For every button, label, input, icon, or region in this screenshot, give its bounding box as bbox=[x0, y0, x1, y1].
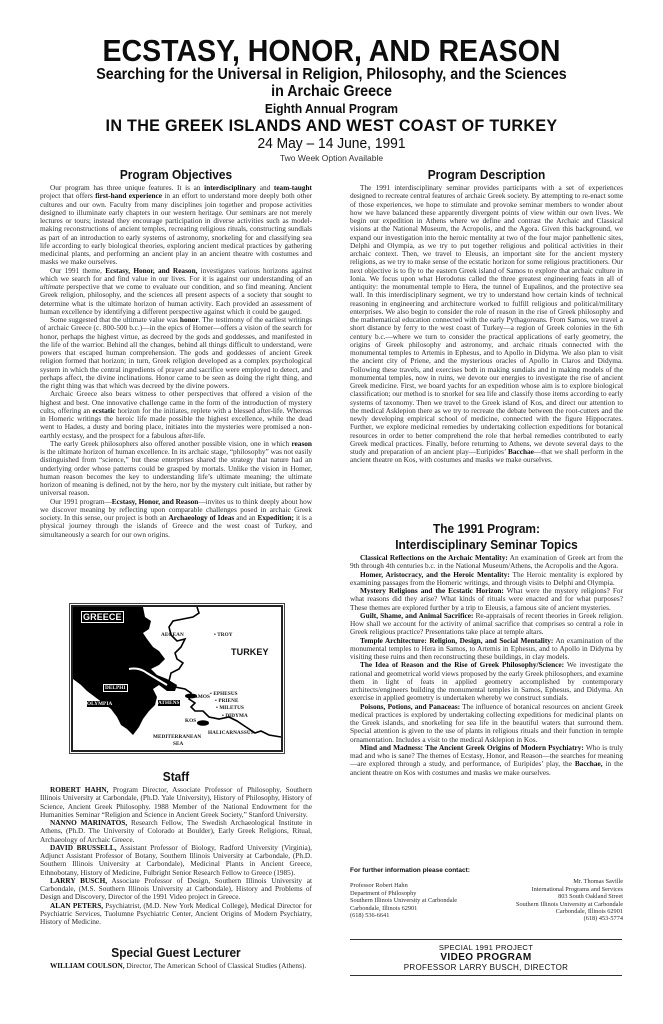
objectives-paragraph: Some suggested that the ultimate value w… bbox=[40, 316, 312, 390]
contact-line: International Programs and Services bbox=[516, 886, 623, 893]
map-label-ephesus: • EPHESUS bbox=[210, 691, 238, 697]
guest-lecturer: WILLIAM COULSON, Director, The American … bbox=[40, 962, 312, 970]
page-subtitle-line1: Searching for the Universal in Religion,… bbox=[27, 66, 637, 83]
map-label-mediterranean: MEDITERRANEAN bbox=[153, 734, 201, 740]
seminar-topic: Mind and Madness: The Ancient Greek Orig… bbox=[350, 744, 623, 777]
section-title-description: Program Description bbox=[357, 168, 616, 182]
objectives-paragraph: The early Greek philosophers also offere… bbox=[40, 440, 312, 498]
staff-member: DAVID BRUSSELL, Assistant Professor of B… bbox=[40, 844, 312, 877]
contact-section: For further information please contact: … bbox=[350, 867, 623, 923]
map-graphic bbox=[73, 607, 281, 750]
staff-section: Staff ROBERT HAHN, Program Director, Ass… bbox=[40, 770, 312, 926]
description-paragraph: The 1991 interdisciplinary seminar provi… bbox=[350, 184, 623, 465]
contact-heading: For further information please contact: bbox=[350, 867, 623, 874]
staff-member: ALAN PETERS, Psychiatrist, (M.D. New Yor… bbox=[40, 902, 312, 927]
objectives-paragraph: Our 1991 theme, Ecstasy, Honor, and Reas… bbox=[40, 267, 312, 317]
staff-member: NANNO MARINATOS, Research Fellow, The Sw… bbox=[40, 819, 312, 844]
contact-phone: (618) 536-6641 bbox=[350, 912, 457, 919]
guest-name: WILLIAM COULSON, bbox=[50, 961, 125, 970]
seminar-topic: Temple Architecture: Religion, Design, a… bbox=[350, 637, 623, 662]
seminar-topics-section: The 1991 Program: Interdisciplinary Semi… bbox=[350, 522, 623, 777]
guest-lecturer-section: Special Guest Lecturer WILLIAM COULSON, … bbox=[40, 946, 312, 970]
contact-line: Southern Illinois University at Carbonda… bbox=[350, 897, 457, 904]
section-title-seminar-line1: The 1991 Program: bbox=[357, 522, 616, 536]
map-label-greece: GREECE bbox=[81, 611, 124, 623]
video-program-director: PROFESSOR LARRY BUSCH, DIRECTOR bbox=[350, 963, 622, 973]
seminar-topic: The Idea of Reason and the Rise of Greek… bbox=[350, 661, 623, 702]
seminar-topic: Classical Reflections on the Archaic Men… bbox=[350, 554, 623, 571]
objectives-paragraph: Archaic Greece also bears witness to oth… bbox=[40, 390, 312, 440]
contact-phone: (618) 453-5774 bbox=[516, 915, 623, 922]
contact-saville: Mr. Thomas Saville International Program… bbox=[516, 878, 623, 922]
page-subtitle-line2: in Archaic Greece bbox=[27, 83, 637, 100]
contact-line: Department of Philosophy bbox=[350, 890, 457, 897]
contact-line: Professor Robert Hahn bbox=[350, 882, 457, 889]
contact-hahn: Professor Robert Hahn Department of Phil… bbox=[350, 878, 457, 922]
map-label-halicarnassus: HALICARNASSUS bbox=[208, 730, 254, 736]
map-label-kos: KOS bbox=[185, 718, 196, 724]
program-objectives-section: Program Objectives Our program has three… bbox=[40, 168, 312, 539]
seminar-topic: Guilt, Shame, and Animal Sacrifice: Re-a… bbox=[350, 612, 623, 637]
page-title: ECSTASY, HONOR, AND REASON bbox=[27, 36, 637, 66]
video-project-label: SPECIAL 1991 PROJECT bbox=[350, 943, 622, 952]
map-label-troy: • TROY bbox=[214, 632, 233, 638]
program-edition: Eighth Annual Program bbox=[27, 101, 637, 117]
page-header: ECSTASY, HONOR, AND REASON Searching for… bbox=[0, 36, 663, 164]
contact-line: Southern Illinois University at Carbonda… bbox=[516, 901, 623, 908]
program-option: Two Week Option Available bbox=[0, 152, 663, 164]
program-description-section: Program Description The 1991 interdiscip… bbox=[350, 168, 623, 465]
section-title-guest: Special Guest Lecturer bbox=[47, 946, 305, 960]
video-program-box: SPECIAL 1991 PROJECT VIDEO PROGRAM PROFE… bbox=[350, 939, 622, 976]
objectives-paragraph: Our 1991 program—Ecstasy, Honor, and Rea… bbox=[40, 498, 312, 539]
contact-line: 803 South Oakland Street bbox=[516, 893, 623, 900]
section-title-objectives: Program Objectives bbox=[47, 168, 305, 182]
map-label-samos: SAMOS bbox=[191, 694, 210, 700]
map-label-miletus: • MILETUS bbox=[216, 705, 244, 711]
map-label-athens: ATHENS bbox=[158, 700, 180, 706]
contact-line: Mr. Thomas Saville bbox=[516, 878, 623, 885]
video-program-title: VIDEO PROGRAM bbox=[350, 952, 622, 963]
contact-line: Carbondale, Illinois 62901 bbox=[350, 905, 457, 912]
map-greece-turkey: GREECE AEGEAN • TROY TURKEY DELPHI OLYMP… bbox=[71, 605, 283, 752]
map-label-aegean: AEGEAN bbox=[161, 632, 184, 638]
staff-member: ROBERT HAHN, Program Director, Associate… bbox=[40, 786, 312, 819]
map-label-sea: SEA bbox=[173, 741, 183, 747]
seminar-topic: Mystery Religions and the Ecstatic Horiz… bbox=[350, 587, 623, 612]
seminar-topic: Homer, Aristocracy, and the Heroic Menta… bbox=[350, 571, 623, 588]
map-label-delphi: DELPHI bbox=[103, 684, 128, 692]
section-title-staff: Staff bbox=[47, 770, 305, 784]
contact-line: Carbondale, Illinois 62901 bbox=[516, 908, 623, 915]
program-location: IN THE GREEK ISLANDS AND WEST COAST OF T… bbox=[17, 117, 647, 135]
seminar-topic: Poisons, Potions, and Panaceas: The infl… bbox=[350, 703, 623, 744]
staff-member: LARRY BUSCH, Associate Professor of Desi… bbox=[40, 877, 312, 902]
map-label-olympia: OLYMPIA bbox=[87, 701, 112, 707]
program-dates: 24 May – 14 June, 1991 bbox=[27, 135, 637, 152]
map-label-turkey: TURKEY bbox=[231, 647, 269, 657]
guest-description: Director, The American School of Classic… bbox=[125, 961, 307, 970]
objectives-paragraph: Our program has three unique features. I… bbox=[40, 184, 312, 267]
map-label-didyma: • DIDYMA bbox=[222, 713, 248, 719]
section-title-seminar-line2: Interdisciplinary Seminar Topics bbox=[357, 538, 616, 552]
map-label-priene: • PRIENE bbox=[215, 698, 239, 704]
